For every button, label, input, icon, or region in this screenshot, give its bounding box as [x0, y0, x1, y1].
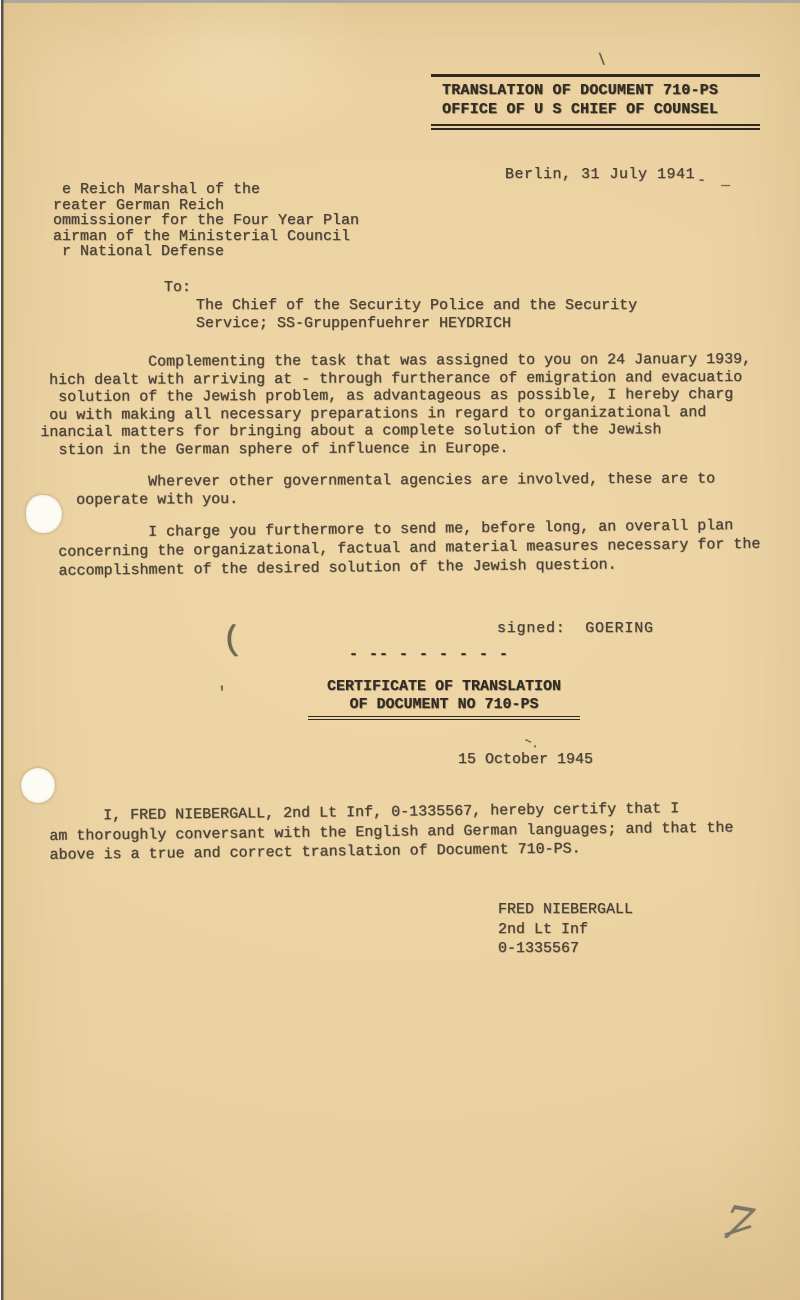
- recipient-line: Service; SS-Gruppenfuehrer HEYDRICH: [196, 315, 637, 333]
- certificate-paragraph: I, FRED NIEBERGALL, 2nd Lt Inf, 0-133556…: [40, 799, 734, 866]
- recipient-label: To:: [164, 279, 191, 296]
- scanned-document-page: \ TRANSLATION OF DOCUMENT 710-PS OFFICE …: [0, 0, 800, 1300]
- translator-name: FRED NIEBERGALL: [498, 900, 633, 920]
- translator-signature-block: FRED NIEBERGALL 2nd Lt Inf 0-1335567: [498, 900, 633, 959]
- stray-pen-mark: \: [596, 51, 607, 69]
- dashed-separator: - -- - - - - - -: [349, 646, 509, 663]
- scan-edge-top: [0, 0, 800, 3]
- stray-wave-mark: ~.: [522, 734, 542, 752]
- recipient-line: The Chief of the Security Police and the…: [196, 297, 637, 315]
- certificate-title-line: CERTIFICATE OF TRANSLATION: [308, 678, 580, 696]
- recipient-block: The Chief of the Security Police and the…: [196, 297, 637, 333]
- body-paragraph-1: Complementing the task that was assigned…: [40, 351, 752, 460]
- stray-pencil-paren: (: [221, 621, 244, 660]
- sender-line: ommissioner for the Four Year Plan: [44, 213, 359, 229]
- sender-line: reater German Reich: [44, 198, 359, 214]
- handwritten-page-number: 7: [722, 1198, 770, 1260]
- certificate-title-line: OF DOCUMENT NO 710-PS: [308, 696, 580, 714]
- translator-serial: 0-1335567: [498, 939, 633, 959]
- certificate-date: 15 October 1945: [458, 751, 593, 768]
- sender-line: e Reich Marshal of the: [44, 182, 359, 198]
- body-text-line: stion in the German sphere of influence …: [40, 439, 751, 460]
- body-paragraph-3: I charge you furthermore to send me, bef…: [40, 516, 761, 581]
- stray-tick-mark: ': [217, 684, 227, 702]
- header-title-line: TRANSLATION OF DOCUMENT 710-PS: [442, 81, 760, 100]
- sender-address-block: e Reich Marshal of the reater German Rei…: [44, 182, 359, 260]
- translation-header-stamp: TRANSLATION OF DOCUMENT 710-PS OFFICE OF…: [431, 74, 760, 130]
- hole-punch-bottom: [21, 768, 55, 803]
- body-text-line: inancial matters for bringing about a co…: [40, 421, 751, 442]
- translator-rank: 2nd Lt Inf: [498, 920, 633, 940]
- signed-goering-line: signed: GOERING: [497, 620, 654, 637]
- certificate-heading: CERTIFICATE OF TRANSLATION OF DOCUMENT N…: [308, 678, 580, 720]
- body-text-line: Wherever other governmental agencies are…: [40, 470, 715, 491]
- sender-line: r National Defense: [44, 244, 359, 260]
- document-dateline: Berlin, 31 July 1941: [505, 166, 695, 183]
- body-paragraph-2: Wherever other governmental agencies are…: [40, 470, 715, 509]
- body-text-line: ooperate with you.: [40, 488, 715, 509]
- scan-edge-left: [0, 0, 4, 1300]
- stray-date-marks: - _: [697, 172, 733, 189]
- header-office-line: OFFICE OF U S CHIEF OF COUNSEL: [442, 100, 760, 119]
